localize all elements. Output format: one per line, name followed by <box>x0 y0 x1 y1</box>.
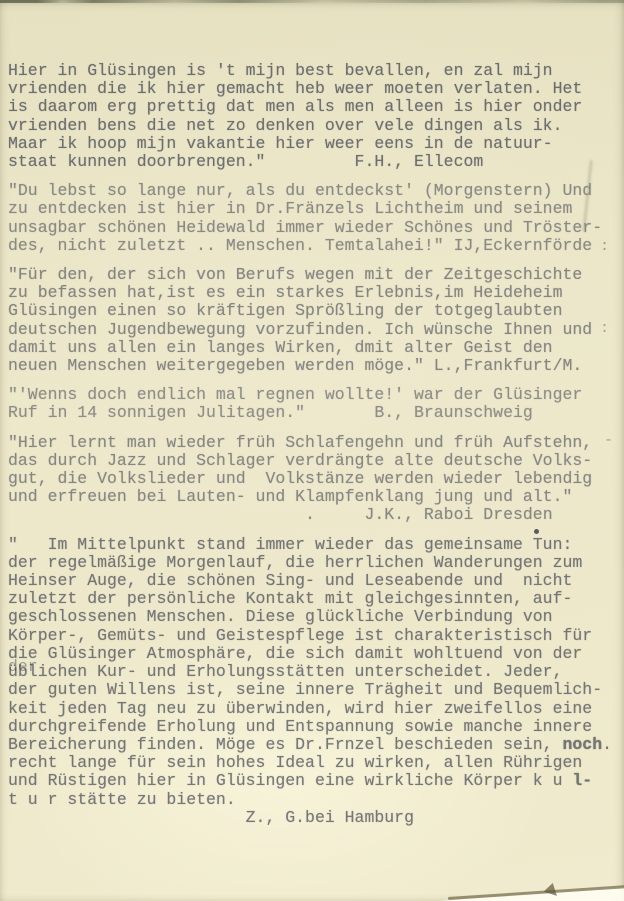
edge-ink-mark: : <box>600 238 609 255</box>
testimonial-hamburg-text: " Im Mittelpunkt stand immer wieder das … <box>8 535 602 754</box>
typo-overstrike-der: der <box>8 657 38 676</box>
testimonial-braunschweig: "'Wenns doch endlich mal regnen wollte!'… <box>8 386 618 422</box>
edge-ink-mark: - <box>604 432 613 449</box>
scanned-page: Hier in Glüsingen is 't mijn best bevall… <box>0 0 624 901</box>
restruck-bold-word: noch <box>563 735 603 754</box>
testimonial-text-block: Hier in Glüsingen is 't mijn best bevall… <box>8 62 618 838</box>
restruck-bold-letter: l- <box>572 771 592 790</box>
testimonial-hamburg-text: t u r stätte zu bieten. Z., G.bei Hambur… <box>8 790 414 827</box>
testimonial-dresden: "Hier lernt man wieder früh Schlafengehn… <box>8 434 618 525</box>
testimonial-eckernfoerde: "Du lebst so lange nur, als du entdeckst… <box>8 182 618 255</box>
edge-ink-mark: : <box>600 320 609 337</box>
scan-edge-artifact <box>0 0 624 3</box>
testimonial-frankfurt: "Für den, der sich von Berufs wegen mit … <box>8 266 618 375</box>
testimonial-ellecom: Hier in Glüsingen is 't mijn best bevall… <box>8 62 618 171</box>
testimonial-hamburg: " Im Mittelpunkt stand immer wieder das … <box>8 536 618 827</box>
ink-dot-artifact <box>534 529 539 534</box>
